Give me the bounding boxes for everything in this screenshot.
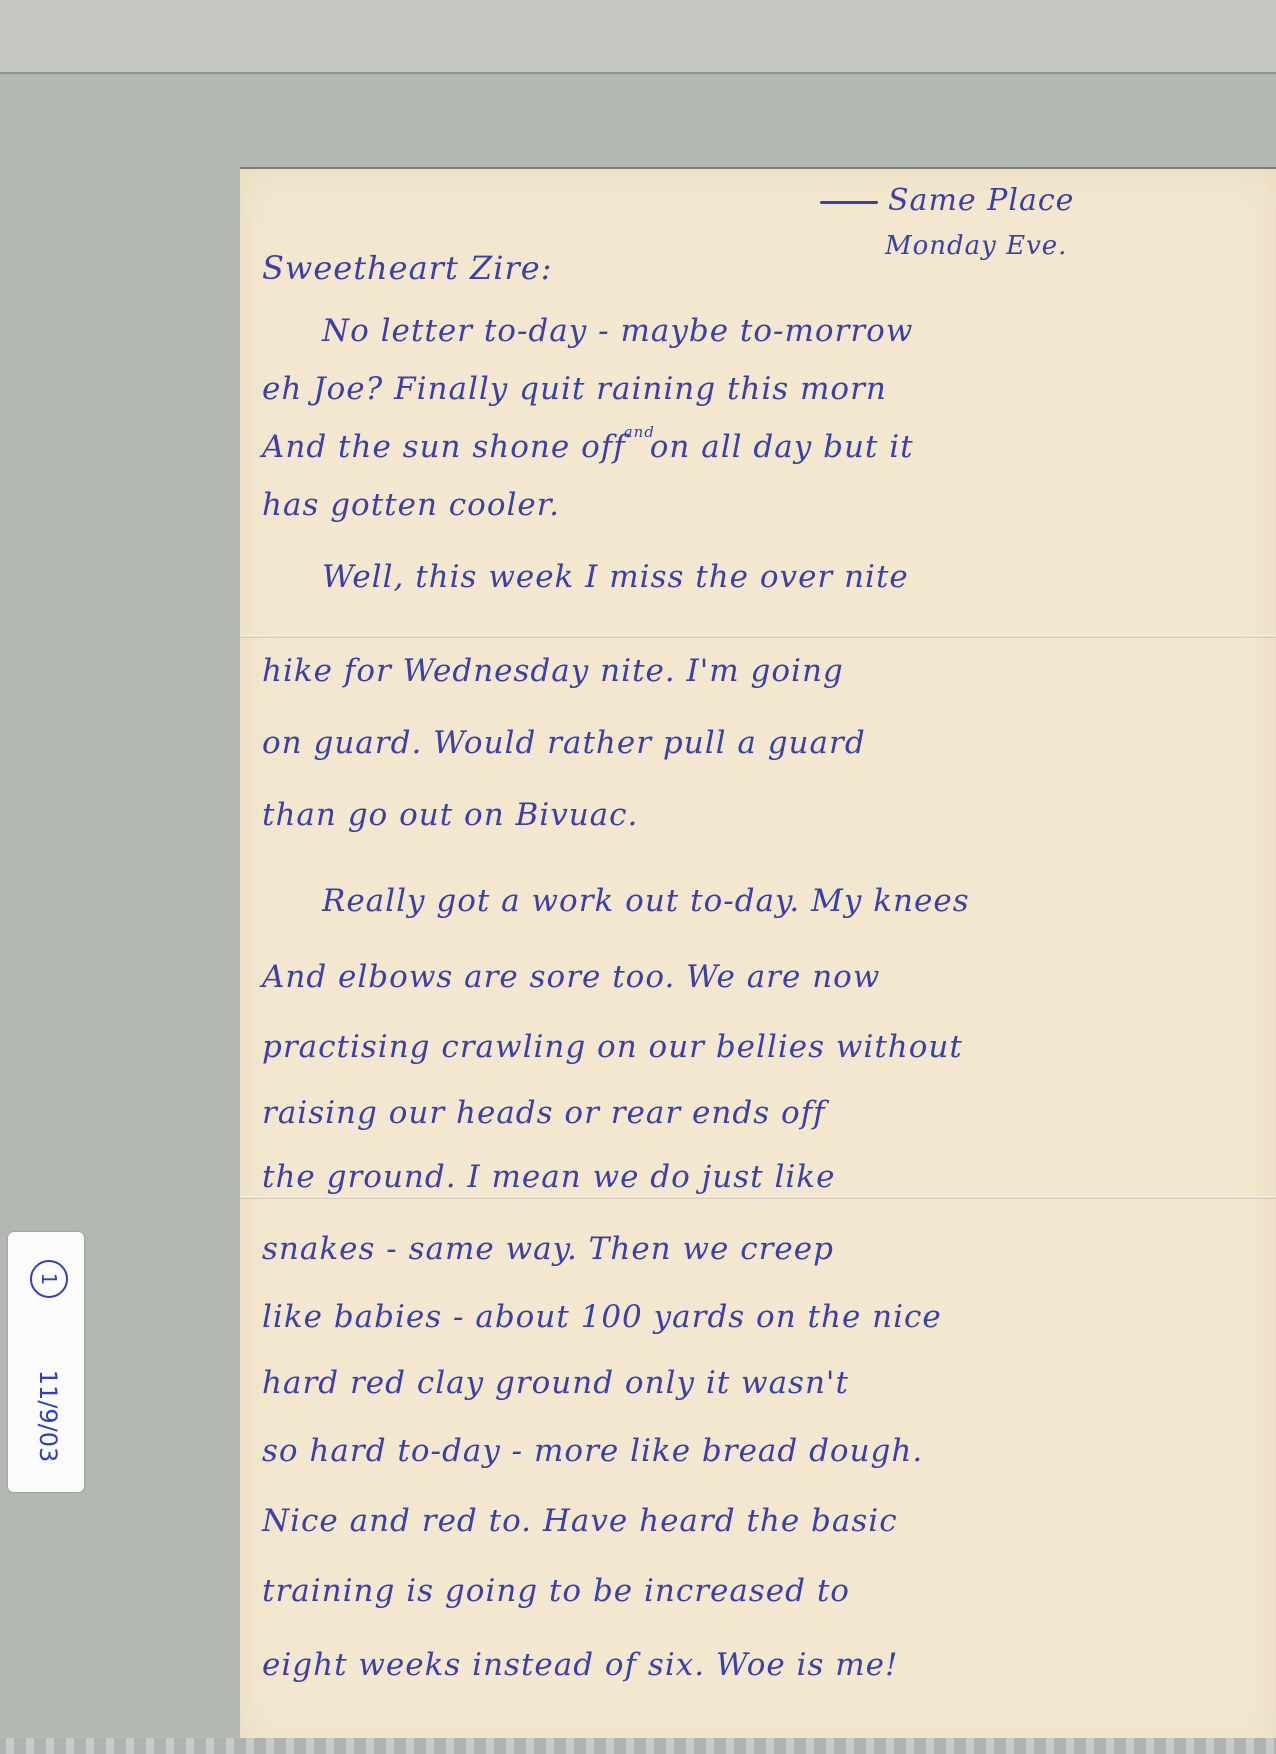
letter-body: No letter to-day - maybe to-morrow eh Jo… (240, 169, 1276, 1753)
letter-line: practising crawling on our bellies witho… (262, 1029, 963, 1065)
letter-line: on guard. Would rather pull a guard (262, 725, 866, 761)
label-item-number: 1 (30, 1260, 68, 1298)
letter-page: Same Place Monday Eve. Sweetheart Zire: … (240, 167, 1276, 1753)
letter-line: the ground. I mean we do just like (262, 1159, 835, 1195)
letter-line: training is going to be increased to (262, 1573, 850, 1609)
letter-line: Really got a work out to-day. My knees (322, 883, 970, 919)
letter-line-start: And the sun shone off (262, 429, 626, 465)
letter-line: No letter to-day - maybe to-morrow (322, 313, 913, 349)
archive-label-tag: 1 11/9/03 (8, 1232, 84, 1492)
label-date: 11/9/03 (34, 1366, 62, 1466)
letter-line: than go out on Bivuac. (262, 797, 638, 833)
sleeve-perforated-edge (0, 1738, 1276, 1754)
letter-line: hard red clay ground only it wasn't (262, 1365, 849, 1401)
letter-line: has gotten cooler. (262, 487, 560, 523)
letter-line: so hard to-day - more like bread dough. (262, 1433, 923, 1469)
letter-line-end: on all day but it (650, 429, 914, 465)
letter-line: eh Joe? Finally quit raining this morn (262, 371, 887, 407)
inserted-word: and (624, 423, 655, 441)
letter-line: And the sun shone offand on all day but … (262, 429, 914, 465)
scanner-lid-strip (0, 0, 1276, 74)
letter-line: like babies - about 100 yards on the nic… (262, 1299, 942, 1335)
letter-line: snakes - same way. Then we creep (262, 1231, 834, 1267)
letter-line: Nice and red to. Have heard the basic (262, 1503, 898, 1539)
letter-line: hike for Wednesday nite. I'm going (262, 653, 844, 689)
letter-line: eight weeks instead of six. Woe is me! (262, 1647, 898, 1683)
letter-line: raising our heads or rear ends off (262, 1095, 826, 1131)
letter-line: And elbows are sore too. We are now (262, 959, 880, 995)
letter-line: Well, this week I miss the over nite (322, 559, 909, 595)
